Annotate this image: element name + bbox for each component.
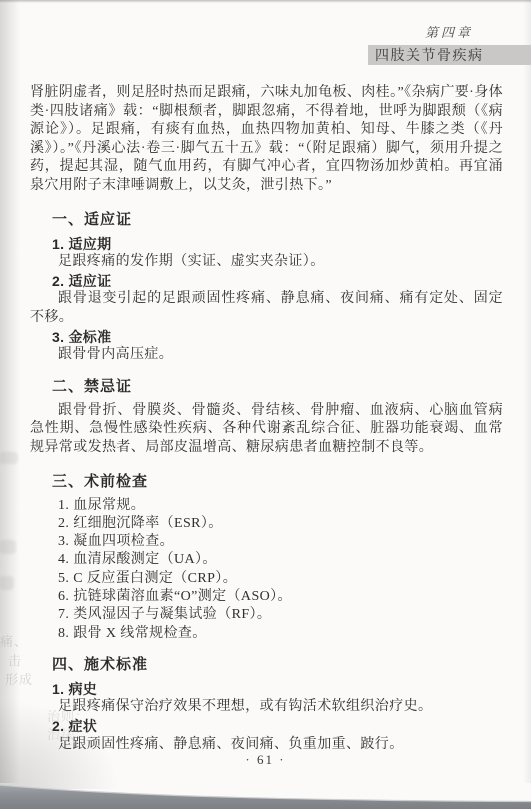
sub-text-gold-standard: 跟骨骨内高压症。 [30,346,503,365]
bleedthrough-text: 形成 [5,669,33,688]
page-bottom-edge [0,779,531,809]
bleedthrough-text: 治则： [47,706,89,725]
sub-heading-indication-period: 1. 适应期 [52,235,503,254]
sub-heading-gold-standard: 3. 金标准 [52,328,503,347]
section-heading-contraindications: 二、禁忌证 [52,377,503,397]
preop-exam-item: 6. 抗链球菌溶血素“O”测定（ASO）。 [30,588,503,606]
page-number: · 61 · [0,752,531,768]
contraindications-paragraph: 跟骨骨折、骨膜炎、骨髓炎、骨结核、骨肿瘤、血液病、心脑血管病急性期、急慢性感染性… [30,402,503,458]
page-content: 肾脏阴虚者，则足胫时热而足跟痛，六味丸加龟板、肉桂。”《杂病广要·身体类·四肢诸… [30,84,503,754]
intro-paragraph: 肾脏阴虚者，则足胫时热而足跟痛，六味丸加龟板、肉桂。”《杂病广要·身体类·四肢诸… [30,84,503,196]
bleedthrough-smudge [0,540,16,554]
bleedthrough-text: 痛、 [0,631,28,650]
preop-exam-item: 5. C 反应蛋白测定（CRP）。 [30,570,503,588]
sub-text-history: 足跟疼痛保守治疗效果不理想，或有钩活术软组织治疗史。 [30,698,503,717]
bleedthrough-smudge [0,576,14,590]
preop-exam-item: 8. 跟骨 X 线常规检查。 [30,625,503,643]
running-head-chapter-number: 第四章 [425,22,473,41]
section-heading-indications: 一、适应证 [52,210,503,230]
running-head-chapter-title-bar: 四肢关节骨疾病 [368,45,531,65]
scan-edge-top [0,0,531,3]
bleedthrough-text: 击 [8,650,22,669]
sub-heading-symptoms: 2. 症状 [52,717,503,736]
preop-exam-item: 2. 红细胞沉降率（ESR）。 [30,515,503,533]
bleedthrough-text: 治法： [47,724,89,743]
sub-text-indication-cert: 跟骨退变引起的足跟顽固性疼痛、静息痛、夜间痛、痛有定处、固定不移。 [30,290,503,327]
sub-heading-history: 1. 病史 [52,680,503,699]
preop-exam-item: 3. 凝血四项检查。 [30,533,503,551]
preop-exam-item: 7. 类风湿因子与凝集试验（RF）。 [30,606,503,624]
bleedthrough-smudge [0,452,18,464]
section-heading-preop-exams: 三、术前检查 [52,472,503,492]
preop-exam-item: 1. 血尿常规。 [30,497,503,515]
chapter-title-text: 四肢关节骨疾病 [375,45,484,65]
preop-exam-item: 4. 血清尿酸测定（UA）。 [30,551,503,569]
sub-text-indication-period: 足跟疼痛的发作期（实证、虚实夹杂证）。 [30,253,503,272]
section-heading-operation-criteria: 四、施术标准 [52,655,503,675]
scan-edge-right [523,0,531,783]
scanned-book-page: 第四章 四肢关节骨疾病 肾脏阴虚者，则足胫时热而足跟痛，六味丸加龟板、肉桂。”《… [0,0,531,809]
sub-heading-indication-cert: 2. 适应证 [52,272,503,291]
